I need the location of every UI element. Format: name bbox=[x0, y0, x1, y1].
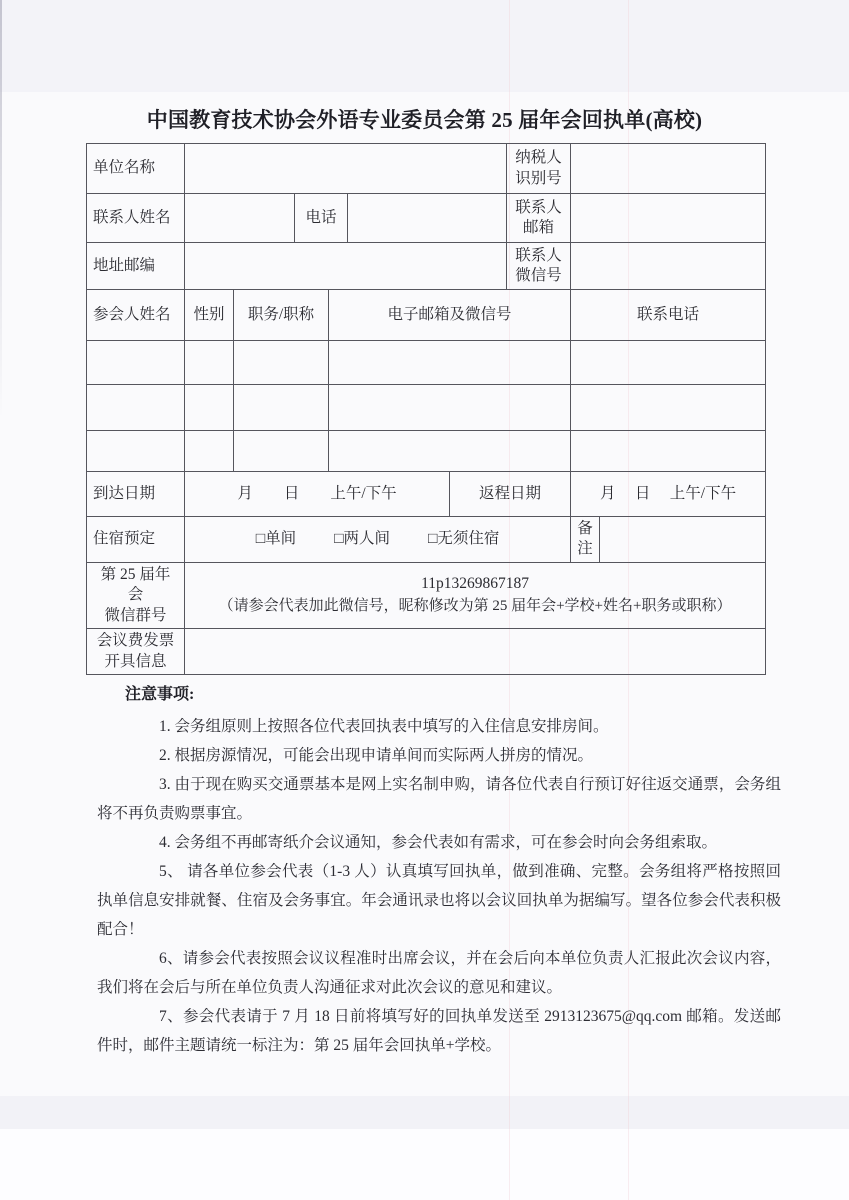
registration-table: 单位名称 纳税人 识别号 联系人姓名 电话 联系人 邮箱 地址邮编 联系人 微信… bbox=[86, 143, 766, 675]
notes-section: 注意事项: 1. 会务组原则上按照各位代表回执表中填写的入住信息安排房间。 2.… bbox=[97, 680, 781, 1060]
note-item-5: 5、 请各单位参会代表（1-3 人）认真填写回执单，做到准确、完整。会务组将严格… bbox=[97, 857, 781, 944]
row-attendee-header: 参会人姓名 性别 职务/职称 电子邮箱及微信号 联系电话 bbox=[87, 290, 766, 341]
row-contact: 联系人姓名 电话 联系人 邮箱 bbox=[87, 194, 766, 243]
scan-tint-band-bottom bbox=[0, 1129, 849, 1200]
empty-cell bbox=[234, 385, 329, 431]
phone-label: 电话 bbox=[295, 194, 348, 243]
contact-email-label: 联系人 邮箱 bbox=[507, 194, 571, 243]
empty-cell bbox=[185, 341, 234, 385]
empty-cell bbox=[571, 341, 766, 385]
phone-header: 联系电话 bbox=[571, 290, 766, 341]
wechat-group-number: 11p13269867187 bbox=[191, 573, 759, 595]
empty-cell bbox=[234, 341, 329, 385]
scan-tint-band-lower bbox=[0, 1096, 849, 1129]
wechat-group-label: 第 25 届年会 微信群号 bbox=[87, 562, 185, 628]
position-header: 职务/职称 bbox=[234, 290, 329, 341]
attendee-empty-row bbox=[87, 431, 766, 472]
tax-id-value-cell bbox=[571, 144, 766, 194]
contact-email-value-cell bbox=[571, 194, 766, 243]
note-item-7: 7、参会代表请于 7 月 18 日前将填写好的回执单发送至 2913123675… bbox=[97, 1002, 781, 1060]
row-address: 地址邮编 联系人 微信号 bbox=[87, 243, 766, 290]
unit-name-label: 单位名称 bbox=[87, 144, 185, 194]
row-dates: 到达日期 月 日 上午/下午 返程日期 月 日 上午/下午 bbox=[87, 472, 766, 517]
remark-value-cell bbox=[600, 517, 766, 563]
email-wechat-header: 电子邮箱及微信号 bbox=[329, 290, 571, 341]
note-item-2: 2. 根据房源情况，可能会出现申请单间而实际两人拼房的情况。 bbox=[97, 741, 781, 770]
empty-cell bbox=[87, 341, 185, 385]
notes-heading: 注意事项: bbox=[125, 680, 781, 709]
attendee-name-header: 参会人姓名 bbox=[87, 290, 185, 341]
checkbox-no-room: □无须住宿 bbox=[428, 529, 499, 549]
note-item-1: 1. 会务组原则上按照各位代表回执表中填写的入住信息安排房间。 bbox=[97, 712, 781, 741]
wechat-group-note: （请参会代表加此微信号，昵称修改为第 25 届年会+学校+姓名+职务或职称） bbox=[191, 596, 759, 618]
arrival-date-label: 到达日期 bbox=[87, 472, 185, 517]
return-date-value: 月 日 上午/下午 bbox=[571, 472, 766, 517]
attendee-empty-row bbox=[87, 385, 766, 431]
empty-cell bbox=[87, 431, 185, 472]
page-title: 中国教育技术协会外语专业委员会第 25 届年会回执单(高校) bbox=[0, 104, 849, 134]
gender-header: 性别 bbox=[185, 290, 234, 341]
contact-wechat-value-cell bbox=[571, 243, 766, 290]
contact-name-label: 联系人姓名 bbox=[87, 194, 185, 243]
empty-cell bbox=[329, 341, 571, 385]
empty-cell bbox=[571, 431, 766, 472]
checkbox-double-room: □两人间 bbox=[334, 529, 390, 549]
invoice-value-cell bbox=[185, 629, 766, 675]
scanned-form-page: 中国教育技术协会外语专业委员会第 25 届年会回执单(高校) 单位名称 纳税人 … bbox=[0, 0, 849, 1200]
empty-cell bbox=[329, 431, 571, 472]
note-item-6: 6、请参会代表按照会议议程准时出席会议，并在会后向本单位负责人汇报此次会议内容，… bbox=[97, 944, 781, 1002]
note-item-4: 4. 会务组不再邮寄纸介会议通知，参会代表如有需求，可在参会时向会务组索取。 bbox=[97, 828, 781, 857]
empty-cell bbox=[87, 385, 185, 431]
contact-wechat-label: 联系人 微信号 bbox=[507, 243, 571, 290]
scan-edge-shadow bbox=[0, 0, 2, 420]
row-invoice: 会议费发票 开具信息 bbox=[87, 629, 766, 675]
scan-tint-band-top bbox=[0, 0, 849, 92]
arrival-date-value: 月 日 上午/下午 bbox=[185, 472, 450, 517]
tax-id-label: 纳税人 识别号 bbox=[507, 144, 571, 194]
empty-cell bbox=[329, 385, 571, 431]
row-unit-name: 单位名称 纳税人 识别号 bbox=[87, 144, 766, 194]
wechat-group-value-cell: 11p13269867187 （请参会代表加此微信号，昵称修改为第 25 届年会… bbox=[185, 562, 766, 628]
empty-cell bbox=[234, 431, 329, 472]
address-value-cell bbox=[185, 243, 507, 290]
hotel-options-cell: □单间 □两人间 □无须住宿 bbox=[185, 517, 571, 563]
attendee-empty-row bbox=[87, 341, 766, 385]
empty-cell bbox=[185, 431, 234, 472]
invoice-label: 会议费发票 开具信息 bbox=[87, 629, 185, 675]
phone-value-cell bbox=[348, 194, 507, 243]
return-date-label: 返程日期 bbox=[450, 472, 571, 517]
unit-name-value-cell bbox=[185, 144, 507, 194]
empty-cell bbox=[571, 385, 766, 431]
row-hotel: 住宿预定 □单间 □两人间 □无须住宿 备 注 bbox=[87, 517, 766, 563]
checkbox-single-room: □单间 bbox=[256, 529, 296, 549]
address-label: 地址邮编 bbox=[87, 243, 185, 290]
remark-label: 备 注 bbox=[571, 517, 600, 563]
empty-cell bbox=[185, 385, 234, 431]
row-wechat-group: 第 25 届年会 微信群号 11p13269867187 （请参会代表加此微信号… bbox=[87, 562, 766, 628]
contact-name-value-cell bbox=[185, 194, 295, 243]
hotel-label: 住宿预定 bbox=[87, 517, 185, 563]
note-item-3: 3. 由于现在购买交通票基本是网上实名制申购，请各位代表自行预订好往返交通票，会… bbox=[97, 770, 781, 828]
